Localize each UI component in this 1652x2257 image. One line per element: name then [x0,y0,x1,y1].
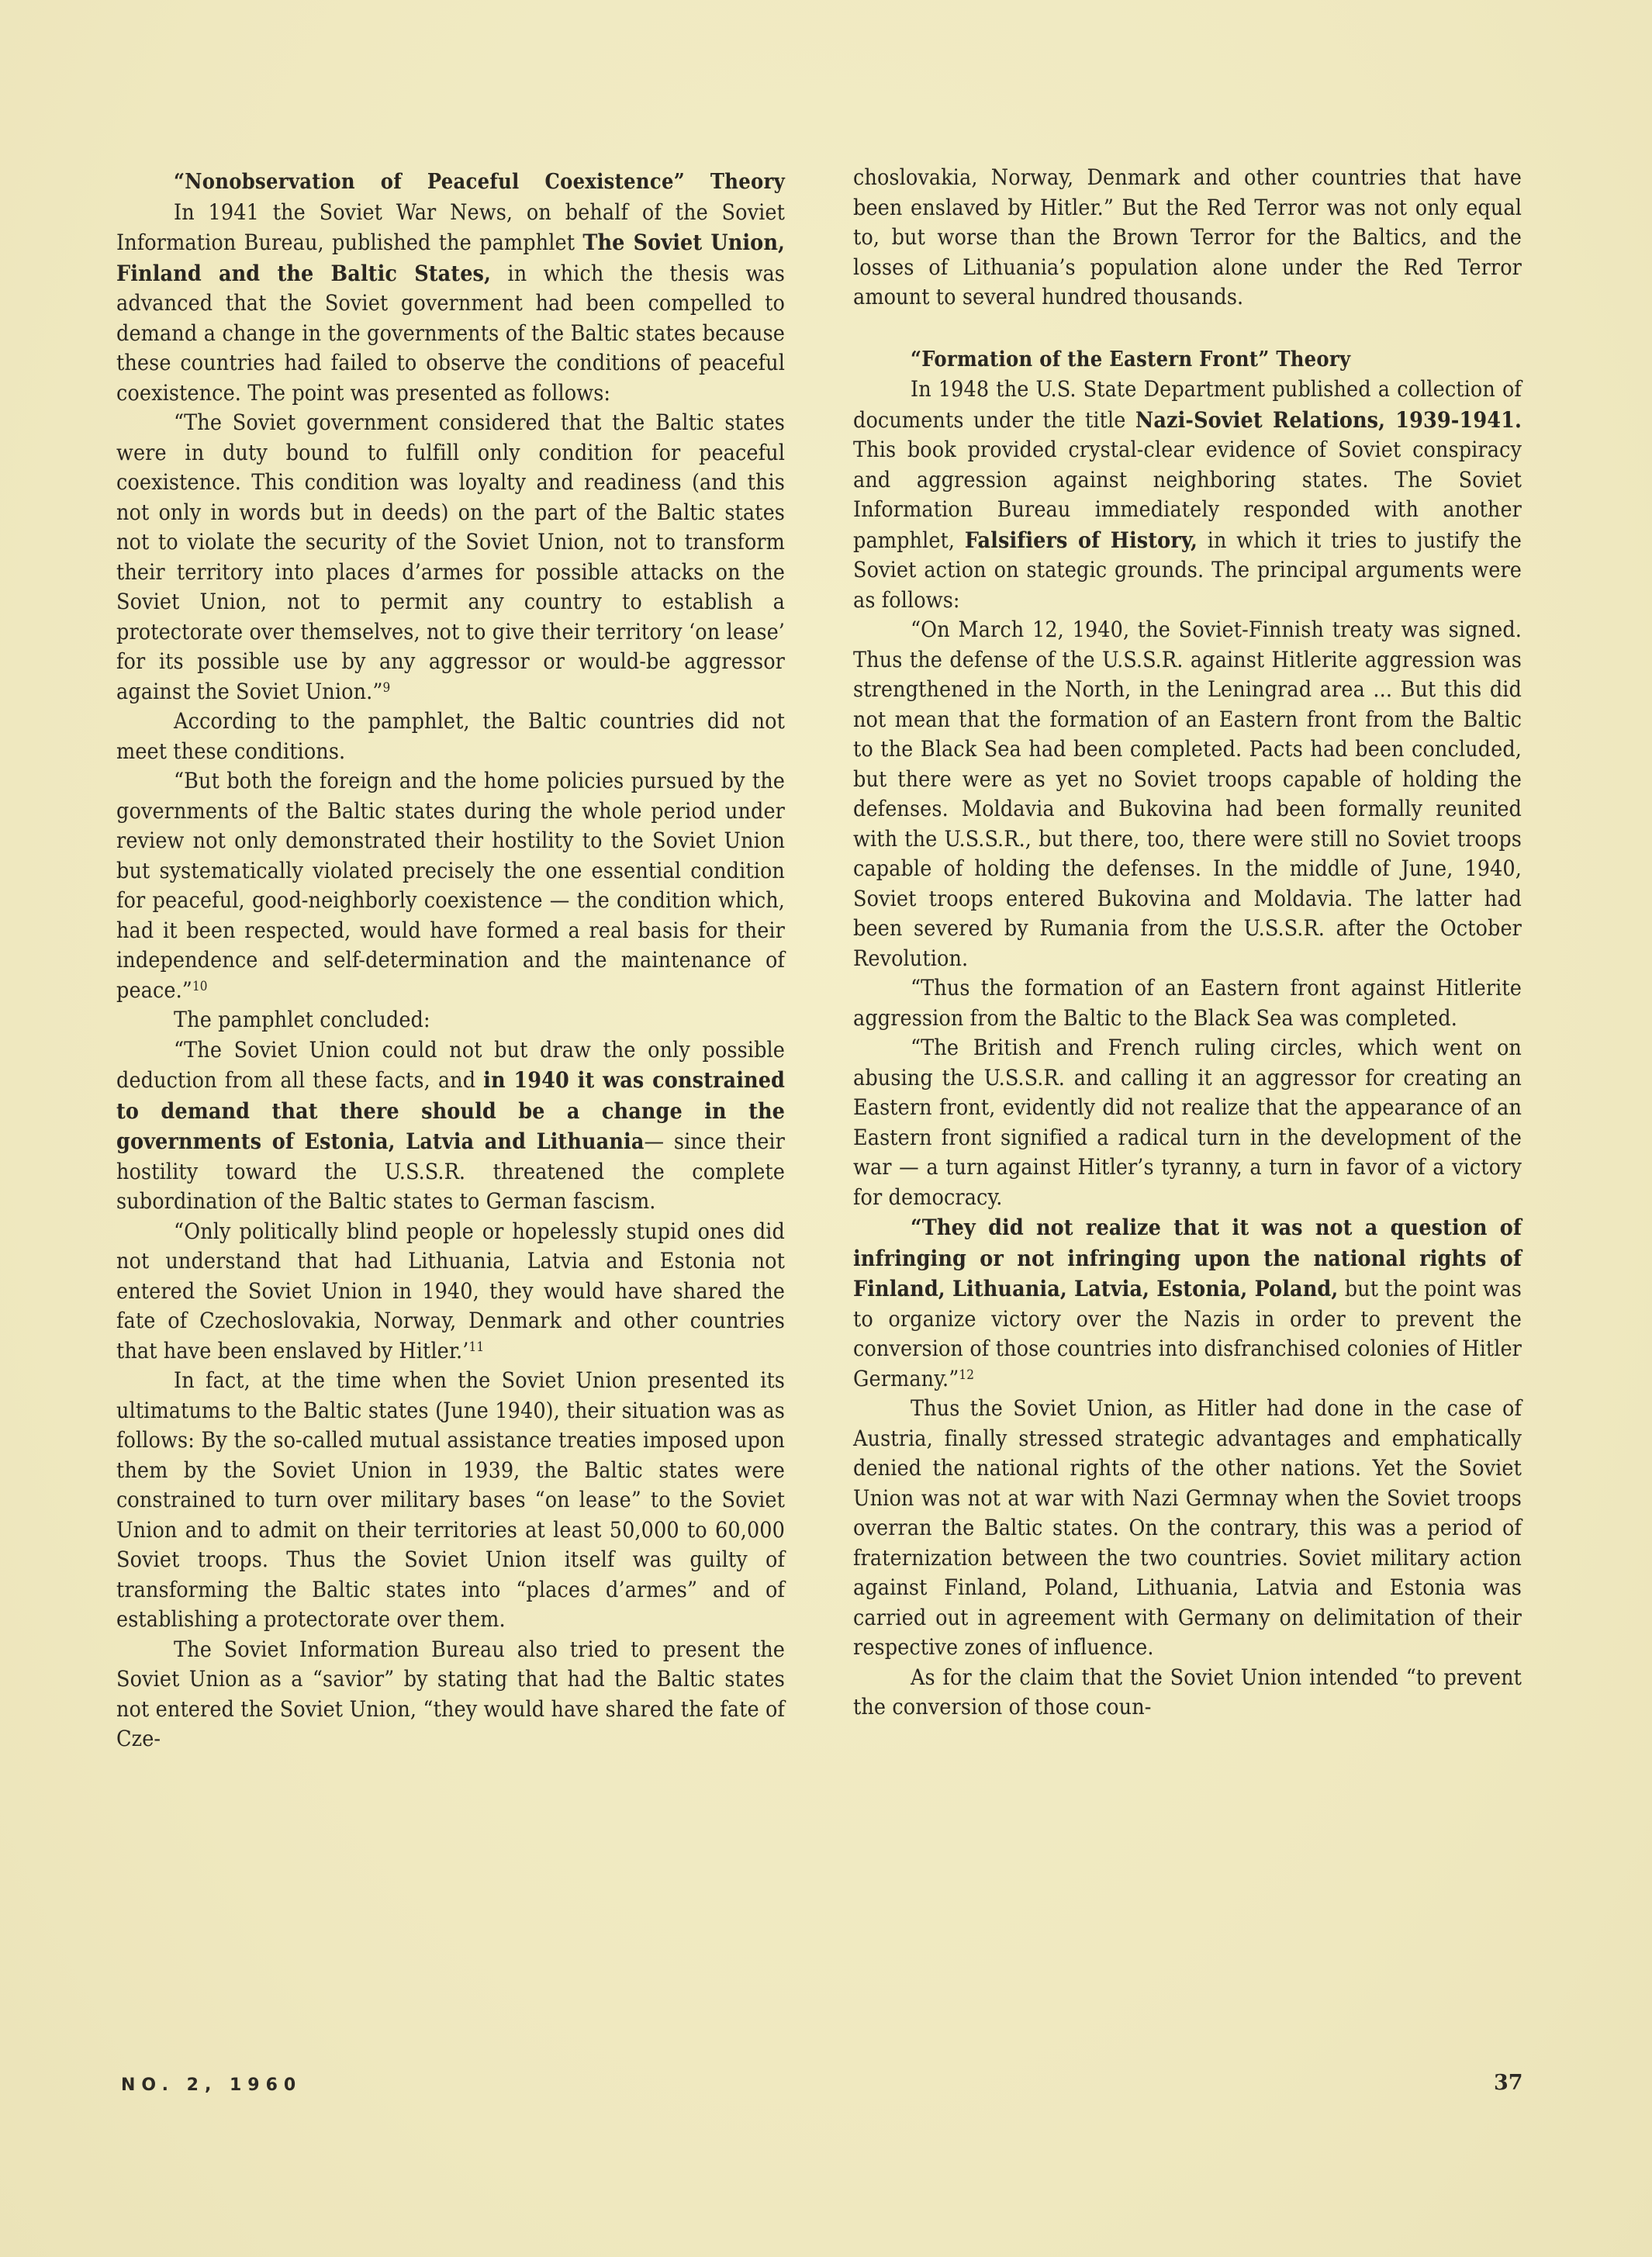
quote-paragraph: “The Soviet Union could not but draw the… [116,1035,785,1217]
quote-paragraph: “The British and French ruling circles, … [853,1033,1522,1212]
paragraph: The Soviet Information Bureau also tried… [116,1635,785,1754]
paragraph: According to the pamphlet, the Baltic co… [116,707,785,766]
paragraph: In 1941 the Soviet War News, on behalf o… [116,198,785,409]
page-number: 37 [1494,2071,1523,2095]
paragraph: Thus the Soviet Union, as Hitler had don… [853,1394,1522,1663]
book-title: Nazi-Soviet Relations, 1939-1941. [1135,406,1522,433]
footnote-ref: 10 [192,979,208,994]
quote-paragraph: “But both the foreign and the home polic… [116,766,785,1005]
quote-paragraph: “They did not realize that it was not a … [853,1212,1522,1394]
section-heading-eastern-front: “Formation of the Eastern Front” Theory [853,345,1522,375]
right-column: choslovakia, Norway, Denmark and other c… [853,163,1522,1723]
magazine-page: “Nonobservation of Peaceful Coexistence”… [0,0,1652,2257]
footnote-ref: 9 [383,680,391,696]
paragraph: In 1948 the U.S. State Department publis… [853,375,1522,615]
left-column: “Nonobservation of Peaceful Coexistence”… [116,164,785,1754]
pamphlet-title: Falsifiers of History, [965,527,1198,553]
paragraph-continued: choslovakia, Norway, Denmark and other c… [853,163,1522,313]
issue-label: NO. 2, 1960 [121,2076,302,2095]
footnote-ref: 12 [959,1367,974,1383]
paragraph: In fact, at the time when the Soviet Uni… [116,1366,785,1635]
footnote-ref: 11 [468,1339,484,1355]
paragraph: The pamphlet concluded: [116,1005,785,1035]
quote-paragraph: “Thus the formation of an Eastern front … [853,973,1522,1033]
paragraph: As for the claim that the Soviet Union i… [853,1663,1522,1723]
section-heading-nonobservation: “Nonobservation of Peaceful Coexistence”… [116,168,785,198]
quote-paragraph: “The Soviet government considered that t… [116,408,785,707]
quote-paragraph: “Only politically blind people or hopele… [116,1217,785,1367]
quote-paragraph: “On March 12, 1940, the Soviet-Finnish t… [853,615,1522,973]
